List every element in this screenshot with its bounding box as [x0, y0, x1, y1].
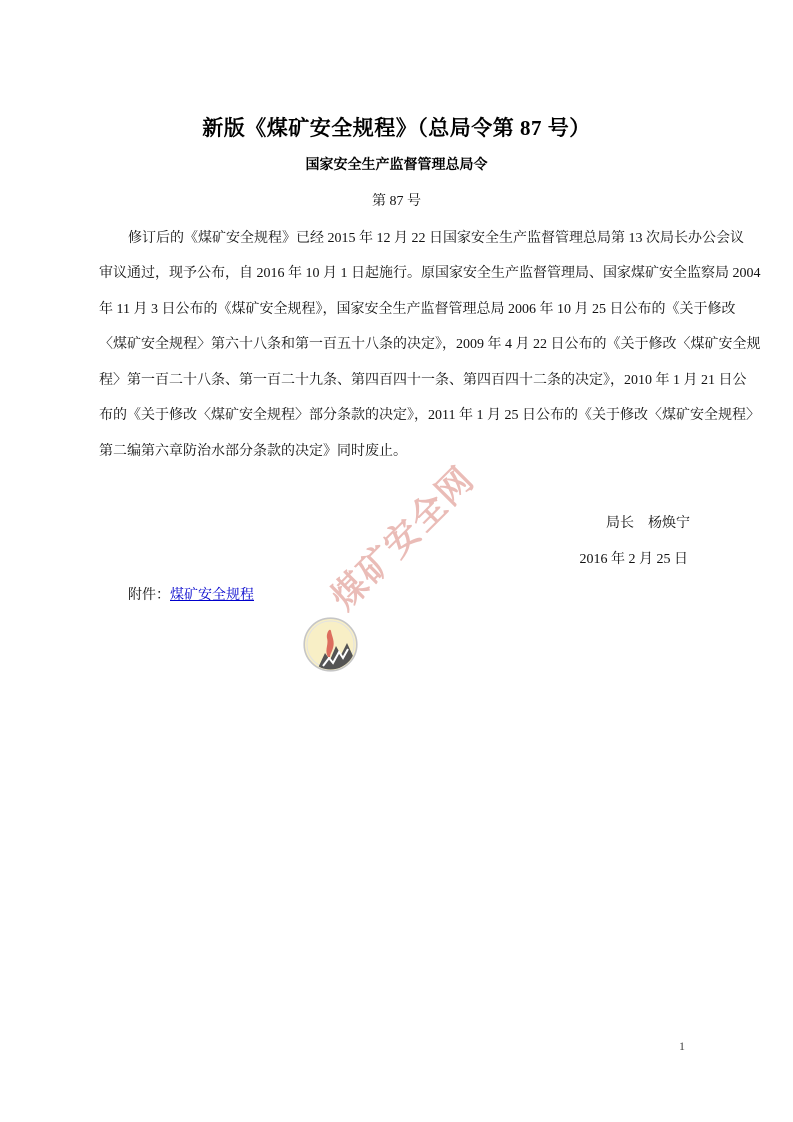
paragraph-line: 程〉第一百二十八条、第一百二十九条、第四百四十一条、第四百四十二条的决定》，20… [99, 363, 693, 399]
signature-signer: 局长 杨焕宁 [606, 514, 690, 534]
attachment-label: 附件： [128, 588, 170, 603]
order-number: 第 87 号 [0, 191, 793, 213]
attachment-row: 附件：煤矿安全规程 [128, 586, 254, 606]
document-page: 煤矿安全网 新版《煤矿安全规程》（总局令第 87 号） 国家安全生产监督管理总局… [0, 0, 793, 1122]
document-title: 新版《煤矿安全规程》（总局令第 87 号） [0, 112, 793, 144]
signature-date: 2016 年 2 月 25 日 [580, 550, 689, 570]
page-number: 1 [679, 1038, 685, 1054]
coal-mine-logo-icon [302, 616, 359, 673]
issuing-authority: 国家安全生产监督管理总局令 [0, 155, 793, 177]
paragraph-line: 第二编第六章防治水部分条款的决定》同时废止。 [99, 434, 693, 470]
paragraph-line: 修订后的《煤矿安全规程》已经 2015 年 12 月 22 日国家安全生产监督管… [99, 221, 693, 257]
paragraph-line: 〈煤矿安全规程〉第六十八条和第一百五十八条的决定》，2009 年 4 月 22 … [99, 327, 693, 363]
paragraph-line: 年 11 月 3 日公布的《煤矿安全规程》，国家安全生产监督管理总局 2006 … [99, 292, 693, 328]
watermark-text: 煤矿安全网 [321, 456, 486, 621]
paragraph-line: 布的《关于修改〈煤矿安全规程〉部分条款的决定》，2011 年 1 月 25 日公… [99, 398, 693, 434]
attachment-link[interactable]: 煤矿安全规程 [170, 588, 254, 603]
paragraph-line: 审议通过，现予公布，自 2016 年 10 月 1 日起施行。原国家安全生产监督… [99, 256, 693, 292]
